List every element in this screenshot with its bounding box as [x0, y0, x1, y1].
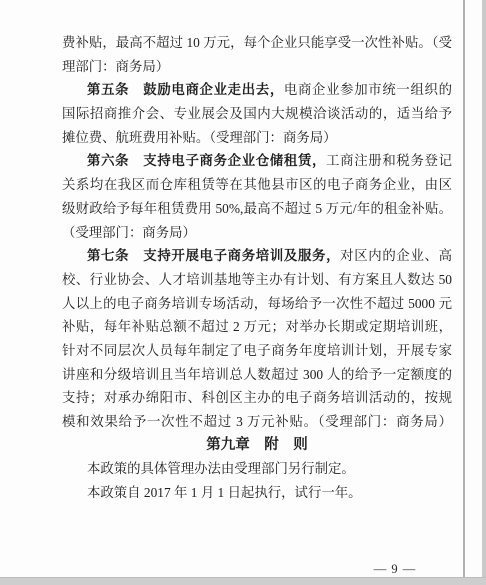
text-segment: 校、行业协会、人才培训基地等主办有计划、有方案且人数达 50 [62, 272, 452, 287]
document-line: 讲座和分级培训且当年培训总人数超过 300 人的给予一定额度的 [62, 363, 452, 387]
document-line: 级财政给予每年租赁费用 50%,最高不超过 5 万元/年的租金补贴。 [62, 197, 452, 221]
document-line: 校、行业协会、人才培训基地等主办有计划、有方案且人数达 50 [62, 268, 452, 292]
text-segment: 国际招商推介会、专业展会及国内大规模洽谈活动的，适当给予 [62, 106, 452, 121]
page-edge-line [463, 0, 465, 578]
document-line: 补贴，每年补贴总额不超过 2 万元；对举办长期或定期培训班， [62, 315, 452, 339]
text-segment: 讲座和分级培训且当年培训总人数超过 300 人的给予一定额度的 [62, 367, 452, 382]
scanned-document-page: 费补贴，最高不超过 10 万元，每个企业只能享受一次性补贴。（受理部门：商务局）… [0, 0, 486, 585]
text-segment: 人以上的电子商务培训专场活动，每场给予一次性不超过 5000 元 [62, 296, 452, 311]
bold-text-segment: 第六条 支持电子商务企业仓储租赁， [87, 153, 326, 168]
document-line: 国际招商推介会、专业展会及国内大规模洽谈活动的，适当给予 [62, 102, 452, 126]
text-segment: 电商企业参加市统一组织的 [284, 82, 452, 97]
document-line: 第七条 支持开展电子商务培训及服务，对区内的企业、高 [62, 244, 452, 268]
text-segment: 本政策的具体管理办法由受理部门另行制定。 [87, 461, 355, 476]
document-line: 本政策的具体管理办法由受理部门另行制定。 [62, 457, 452, 481]
document-line: 理部门：商务局） [62, 55, 452, 79]
bold-text-segment: 第五条 鼓励电商企业走出去， [87, 82, 284, 97]
document-line: 第五条 鼓励电商企业走出去，电商企业参加市统一组织的 [62, 78, 452, 102]
text-segment: 模和效果给予一次性不超过 3 万元补贴。（受理部门：商务局） [62, 414, 452, 429]
text-segment: 费补贴，最高不超过 10 万元，每个企业只能享受一次性补贴。（受 [62, 35, 452, 50]
document-line: 摊位费、航班费用补贴。（受理部门：商务局） [62, 126, 452, 150]
document-line: 模和效果给予一次性不超过 3 万元补贴。（受理部门：商务局） [62, 410, 452, 434]
text-segment: 级财政给予每年租赁费用 50%,最高不超过 5 万元/年的租金补贴。 [62, 201, 452, 216]
document-line: 针对不同层次人员每年制定了电子商务年度培训计划，开展专家 [62, 339, 452, 363]
scan-edge-right [482, 0, 486, 585]
text-segment: 理部门：商务局） [62, 59, 169, 74]
page-number: — 9 — [373, 562, 417, 577]
text-segment: 本政策自 2017 年 1 月 1 日起执行，试行一年。 [87, 485, 362, 500]
bold-text-segment: 第七条 支持开展电子商务培训及服务， [87, 248, 340, 263]
text-segment: 关系均在我区而仓库租赁等在其他县市区的电子商务企业，由区 [62, 177, 452, 192]
text-segment: 摊位费、航班费用补贴。（受理部门：商务局） [62, 130, 337, 145]
bold-text-segment: 第九章 附 则 [206, 437, 308, 453]
text-segment: （受理部门：商务局） [62, 225, 196, 240]
document-text-block: 费补贴，最高不超过 10 万元，每个企业只能享受一次性补贴。（受理部门：商务局）… [62, 31, 452, 505]
scan-edge-bottom [0, 577, 486, 585]
document-line: （受理部门：商务局） [62, 221, 452, 245]
document-line: 本政策自 2017 年 1 月 1 日起执行，试行一年。 [62, 481, 452, 505]
document-line: 第六条 支持电子商务企业仓储租赁，工商注册和税务登记 [62, 149, 452, 173]
document-line: 人以上的电子商务培训专场活动，每场给予一次性不超过 5000 元 [62, 292, 452, 316]
text-segment: 支持；对承办绵阳市、科创区主办的电子商务培训活动的，按规 [62, 390, 452, 405]
text-segment: 针对不同层次人员每年制定了电子商务年度培训计划，开展专家 [62, 343, 452, 358]
text-segment: 对区内的企业、高 [340, 248, 452, 263]
text-segment: 补贴，每年补贴总额不超过 2 万元；对举办长期或定期培训班， [62, 319, 452, 334]
document-line: 支持；对承办绵阳市、科创区主办的电子商务培训活动的，按规 [62, 386, 452, 410]
text-segment: 工商注册和税务登记 [326, 153, 452, 168]
document-line: 费补贴，最高不超过 10 万元，每个企业只能享受一次性补贴。（受 [62, 31, 452, 55]
document-line: 关系均在我区而仓库租赁等在其他县市区的电子商务企业，由区 [62, 173, 452, 197]
section-heading: 第九章 附 则 [62, 434, 452, 458]
